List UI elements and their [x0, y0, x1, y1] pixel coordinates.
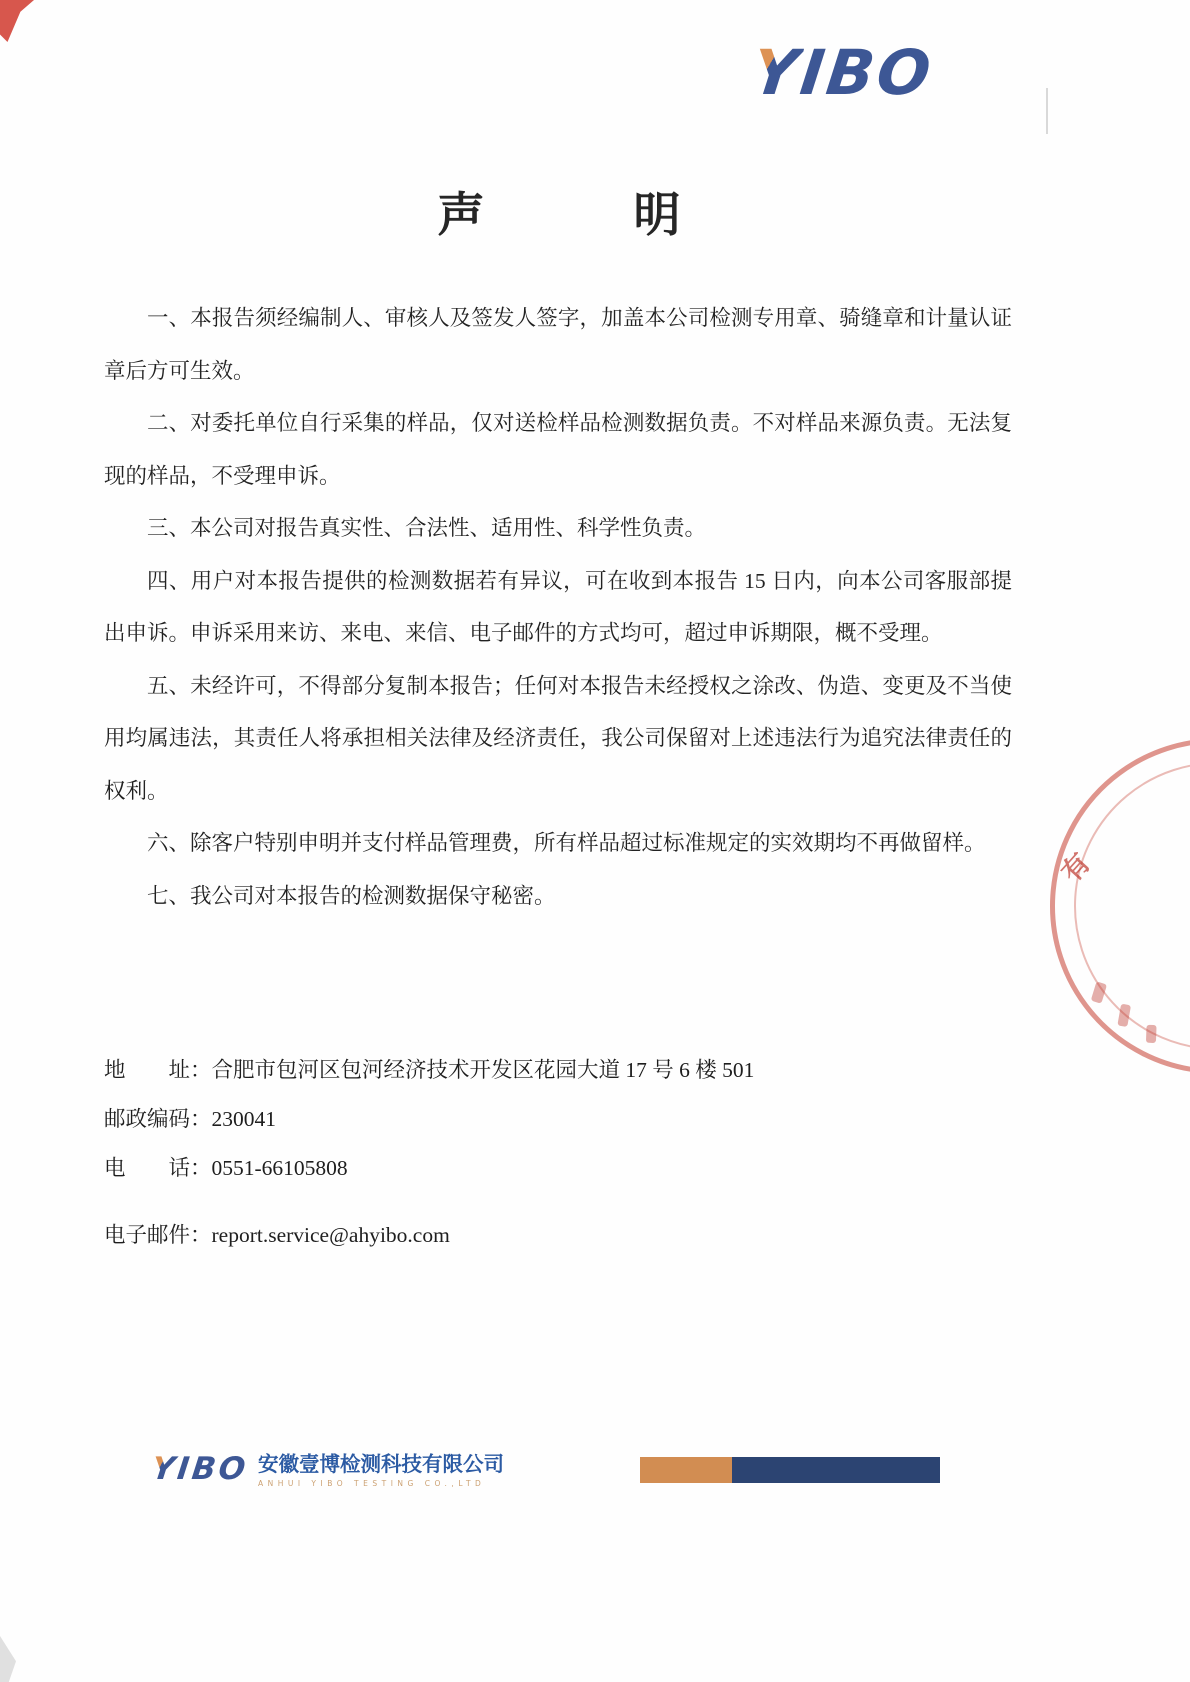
stamp-outer-ring — [1006, 694, 1190, 1117]
footer-color-bar — [640, 1457, 940, 1483]
phone-value: 0551-66105808 — [212, 1156, 348, 1180]
red-corner-artifact — [0, 0, 34, 42]
contact-address-row: 地 址：合肥市包河区包河经济技术开发区花园大道 17 号 6 楼 501 — [104, 1058, 1012, 1082]
footer-yibo-logo: YIBO — [150, 1454, 250, 1485]
paragraph-2: 二、对委托单位自行采集的样品，仅对送检样品检测数据负责。不对样品来源负责。无法复… — [104, 397, 1012, 502]
footer-company-name-cn: 安徽壹博检测科技有限公司 — [258, 1452, 504, 1476]
paragraph-4: 四、用户对本报告提供的检测数据若有异议，可在收到本报告 15 日内，向本公司客服… — [104, 555, 1012, 660]
document-page: YIBO 声 明 一、本报告须经编制人、审核人及签发人签字，加盖本公司检测专用章… — [0, 0, 1190, 1682]
email-label: 电子邮件： — [104, 1223, 212, 1247]
stamp-inner-ring — [1037, 725, 1190, 1088]
footer-bar-orange-segment — [640, 1457, 732, 1483]
phone-label: 电 话： — [104, 1156, 212, 1180]
paragraph-6: 六、除客户特别申明并支付样品管理费，所有样品超过标准规定的实效期均不再做留样。 — [104, 817, 1012, 870]
yibo-logo: YIBO — [749, 42, 937, 104]
address-label: 地 址： — [104, 1058, 212, 1082]
stamp-character: 有 — [1051, 843, 1098, 889]
email-value: report.service@ahyibo.com — [212, 1223, 450, 1247]
page-title: 声 明 — [0, 178, 1120, 245]
postcode-value: 230041 — [212, 1107, 277, 1131]
red-seal-stamp: 有 — [1006, 694, 1190, 1117]
declaration-paragraphs: 一、本报告须经编制人、审核人及签发人签字，加盖本公司检测专用章、骑缝章和计量认证… — [104, 292, 1012, 922]
stamp-text-fragment — [1091, 981, 1107, 1003]
footer-company-names: 安徽壹博检测科技有限公司 ANHUI YIBO TESTING CO.,LTD — [258, 1452, 504, 1488]
stamp-text-fragment — [1146, 1025, 1157, 1043]
scan-smudge — [0, 1636, 16, 1682]
page-footer: YIBO 安徽壹博检测科技有限公司 ANHUI YIBO TESTING CO.… — [0, 1448, 1190, 1508]
paragraph-7: 七、我公司对本报告的检测数据保守秘密。 — [104, 870, 1012, 923]
paragraph-5: 五、未经许可，不得部分复制本报告；任何对本报告未经授权之涂改、伪造、变更及不当使… — [104, 660, 1012, 818]
contact-block: 地 址：合肥市包河区包河经济技术开发区花园大道 17 号 6 楼 501 邮政编… — [104, 1058, 1012, 1272]
paragraph-1: 一、本报告须经编制人、审核人及签发人签字，加盖本公司检测专用章、骑缝章和计量认证… — [104, 292, 1012, 397]
paragraph-3: 三、本公司对报告真实性、合法性、适用性、科学性负责。 — [104, 502, 1012, 555]
stamp-text-fragment — [1117, 1004, 1131, 1027]
contact-email-row: 电子邮件：report.service@ahyibo.com — [104, 1205, 1012, 1247]
contact-phone-row: 电 话：0551-66105808 — [104, 1156, 1012, 1180]
scan-artifact-line — [1046, 88, 1048, 134]
address-value: 合肥市包河区包河经济技术开发区花园大道 17 号 6 楼 501 — [212, 1058, 755, 1082]
footer-brand-group: YIBO 安徽壹博检测科技有限公司 ANHUI YIBO TESTING CO.… — [152, 1452, 504, 1488]
footer-logo-letters-ibo: IBO — [175, 1451, 250, 1487]
footer-bar-navy-segment — [732, 1457, 940, 1483]
postcode-label: 邮政编码： — [104, 1107, 212, 1131]
contact-postcode-row: 邮政编码：230041 — [104, 1107, 1012, 1131]
logo-letters-ibo: IBO — [796, 36, 937, 109]
logo-letter-y: Y — [749, 42, 805, 104]
footer-company-name-en: ANHUI YIBO TESTING CO.,LTD — [258, 1479, 504, 1488]
